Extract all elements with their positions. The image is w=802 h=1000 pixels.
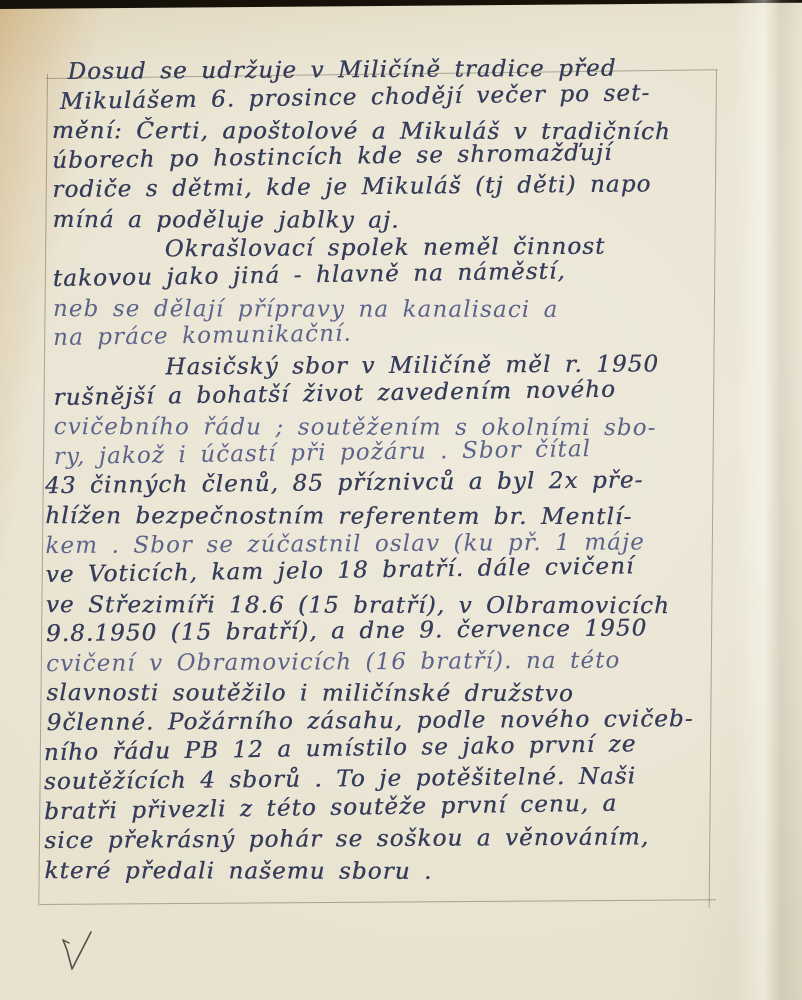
handwritten-line: takovou jako jiná - hlavně na náměstí, [53,255,723,295]
photo-dark-edge-top [0,0,802,9]
paragraph-mikulas-tradition: Dosud se udržuje v Miličíně tradice před… [51,54,722,236]
paragraph-okraslovaci-spolek: Okrašlovací spolek neměl činnost takovou… [53,232,724,354]
handwriting-block: Dosud se udržuje v Miličíně tradice před… [51,54,726,887]
handwritten-line: míná a poděluje jablky aj. [52,206,722,237]
page-edge-highlight [732,0,802,1000]
handwritten-line: které předali našemu sboru . [44,857,726,888]
pencil-margin-line-bottom [40,899,716,905]
handwritten-line: 43 činných členů, 85 příznivců a byl 2x … [45,466,724,502]
handwritten-line: sice překrásný pohár se soškou a věnován… [44,823,726,857]
handwritten-line: 9.8.1950 (15 bratří), a dne 9. července … [46,614,725,650]
handwritten-line: rodiče s dětmi, kde je Mikuláš (tj děti)… [52,170,722,206]
handwritten-line: cvičení v Obramovicích (16 bratří). na t… [46,646,725,680]
handwritten-line: rušnější a bohatší život zavedením novéh… [53,374,723,414]
pencil-checkmark-icon [58,928,96,974]
chronicle-page-photo: Dosud se udržuje v Miličíně tradice před… [0,0,802,1000]
handwritten-line: slavnosti soutěžilo i miličínské družstv… [46,680,725,711]
handwritten-line: hlížen bezpečnostním referentem br. Ment… [45,502,724,533]
paragraph-hasicsky-sbor: Hasičský sbor v Miličíně měl r. 1950 ruš… [53,350,726,887]
